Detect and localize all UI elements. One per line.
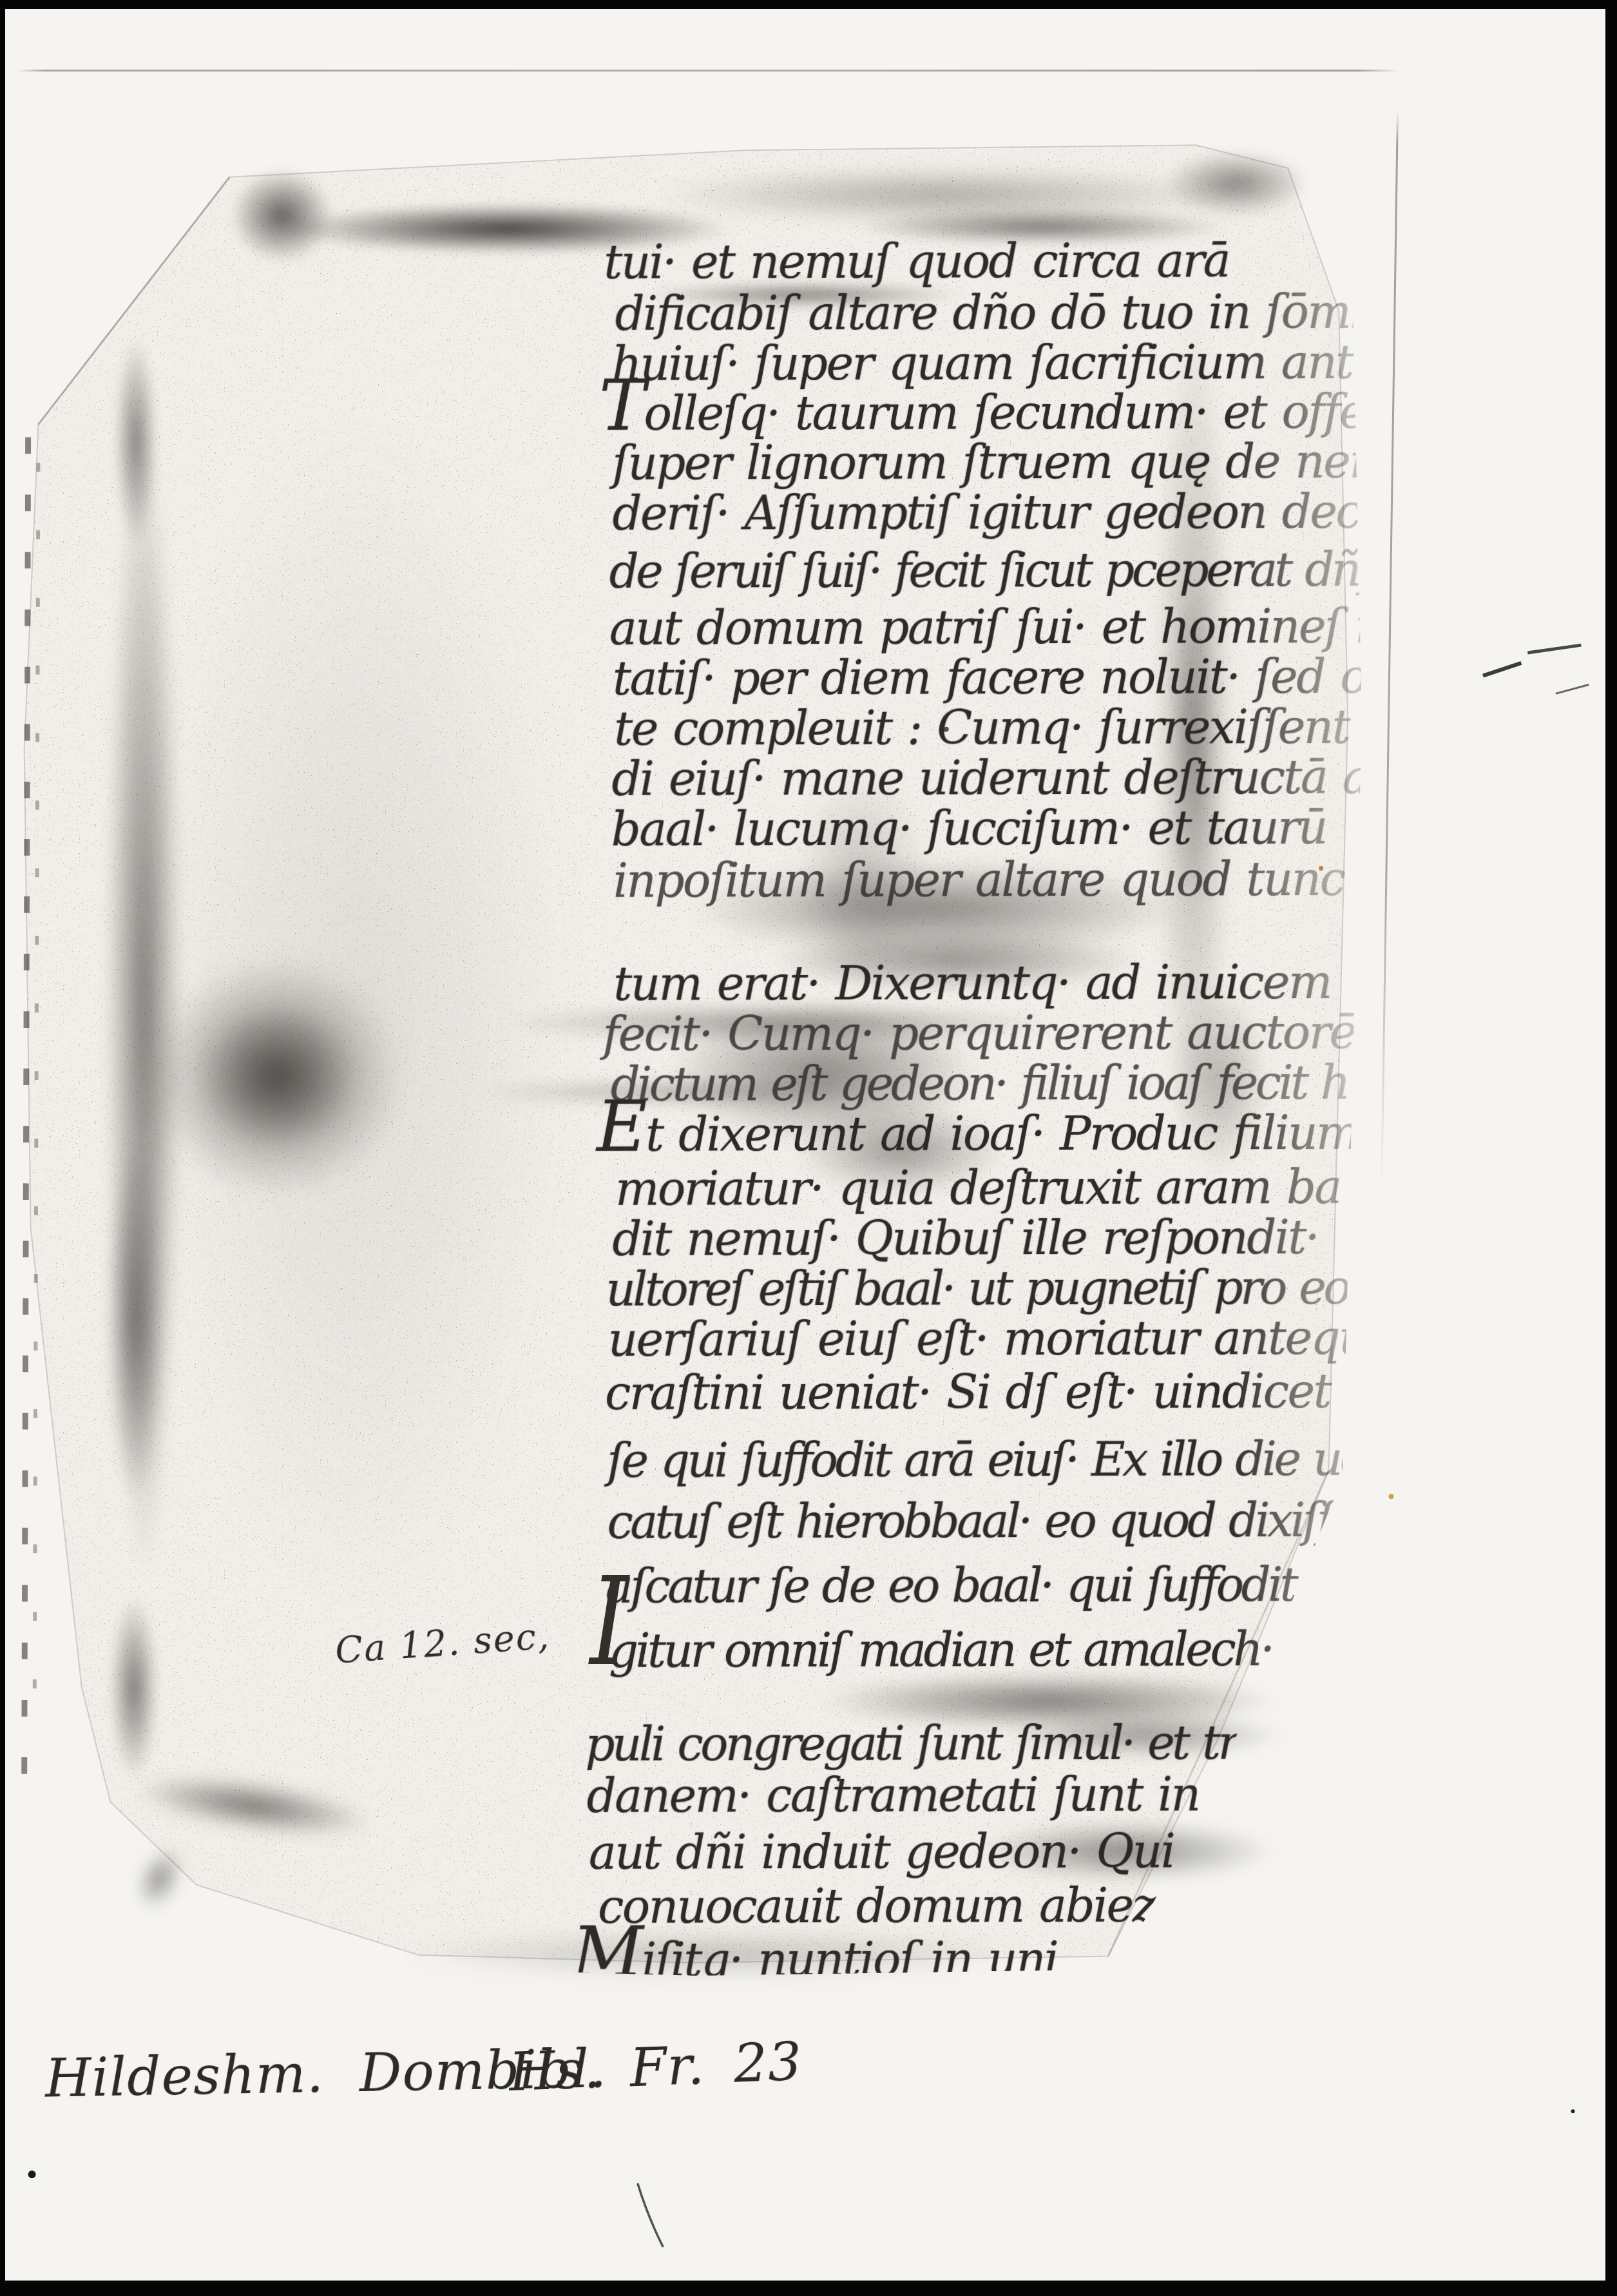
drop-initial-I: I [590, 1561, 629, 1683]
manuscript-text-line: tatiſ· per diem facere noluit· ſed om [613, 653, 1409, 702]
manuscript-text-line: di eiuſ· mane uiderunt deſtructā ar [611, 754, 1389, 802]
manuscript-text-line: danem· caſtrametati ſunt in ualle [587, 1771, 1322, 1819]
manuscript-text-line: aſcatur ſe de eo baal· qui ſuffodit a [606, 1561, 1335, 1610]
manuscript-text-line: de ſeruiſ ſuiſ· fecit ſicut pceperat dñſ [609, 546, 1373, 595]
manuscript-text-line: moriatur· quia deſtruxit aram ba [615, 1164, 1341, 1212]
manuscript-text-line: Et dixerunt ad ioaſ· Produc filium [597, 1110, 1359, 1158]
manuscript-text-line: ultoreſ eſtiſ baal· ut pugnetiſ pro eo [606, 1264, 1348, 1313]
manuscript-text-line: aut dñi induit gedeon· Qui [589, 1828, 1174, 1876]
manuscript-text-line: fecit· Cumq· perquirerent auctorē [602, 1009, 1355, 1057]
scanned-page: tui· et nemuſ quod circa arā dificabiſ a… [0, 0, 1617, 2296]
fleck-orange-1 [1389, 1494, 1394, 1499]
scratch-dash-2 [1527, 645, 1581, 653]
manuscript-text-line: uerſariuſ eiuſ eſt· moriatur antequ [608, 1315, 1367, 1363]
manuscript-text-line: huiuſ· ſuper quam ſacrificium ante [612, 339, 1379, 387]
caption-shelfmark: Hs. Fr. 23 [508, 2032, 803, 2103]
manuscript-text-line: deriſ· Aſſumptiſ igitur gedeon dec [612, 488, 1360, 537]
manuscript-text-line: tui· et nemuſ quod circa arā [604, 237, 1229, 285]
manuscript-text-line: dificabiſ altare dño dō tuo in ſōmi [615, 289, 1363, 337]
manuscript-text-line: craſtini ueniat· Si dſ eſt· uindicet [605, 1368, 1330, 1416]
ink-dot-1 [28, 2170, 36, 2178]
ruler-line-vertical [1381, 111, 1399, 1190]
manuscript-text-line: Tolleſq· taurum ſecundum· et offereſ h [599, 388, 1471, 437]
manuscript-text-line: conuocauit domum abiezer [598, 1882, 1201, 1929]
manuscript-text-line: dictum eſt gedeon· filiuſ ioaſ fecit h [611, 1059, 1348, 1108]
photocopy-paper: tui· et nemuſ quod circa arā dificabiſ a… [5, 9, 1605, 2281]
manuscript-text-line: dit nemuſ· Quibuſ ille reſpondit· [612, 1214, 1318, 1262]
manuscript-text-line: inpoſitum ſuper altare quod tunc [613, 856, 1344, 904]
manuscript-text-line: tum erat· Dixeruntq· ad inuicem [613, 959, 1331, 1007]
scratch-mark-bottom [638, 2183, 664, 2247]
scratch-dash-3 [1556, 684, 1589, 693]
ink-dot-2 [1571, 2109, 1575, 2113]
scratch-dash-1 [1483, 663, 1521, 676]
manuscript-text-line: Miſitq· nuntioſ in uni [572, 1936, 1057, 1983]
manuscript-text-line: gitur omniſ madian et amalech· et or [609, 1626, 1386, 1674]
manuscript-text-line: aut domum patriſ ſui· et homineſ il [609, 603, 1383, 651]
left-edge-tick-marks [24, 437, 28, 1776]
manuscript-text-line: ſuper lignorum ſtruem quę de nemo [612, 438, 1418, 487]
manuscript-text-line: puli congregati ſunt ſimul· et tranſe [585, 1719, 1328, 1768]
manuscript-text-line: ſe qui ſuffodit arā eiuſ· Ex illo die uo… [607, 1436, 1388, 1484]
text-block: tui· et nemuſ quod circa arā dificabiſ a… [5, 9, 1617, 2290]
manuscript-text-line: te compleuit : Cumq· ſurrexiſſent [614, 704, 1349, 752]
manuscript-text-line: baal· lucumq· ſucciſum· et taurū [611, 804, 1326, 853]
ruler-line-horizontal [17, 70, 1399, 72]
manuscript-text-line: catuſ eſt hierobbaal· eo quod dixiſſet [607, 1497, 1371, 1545]
